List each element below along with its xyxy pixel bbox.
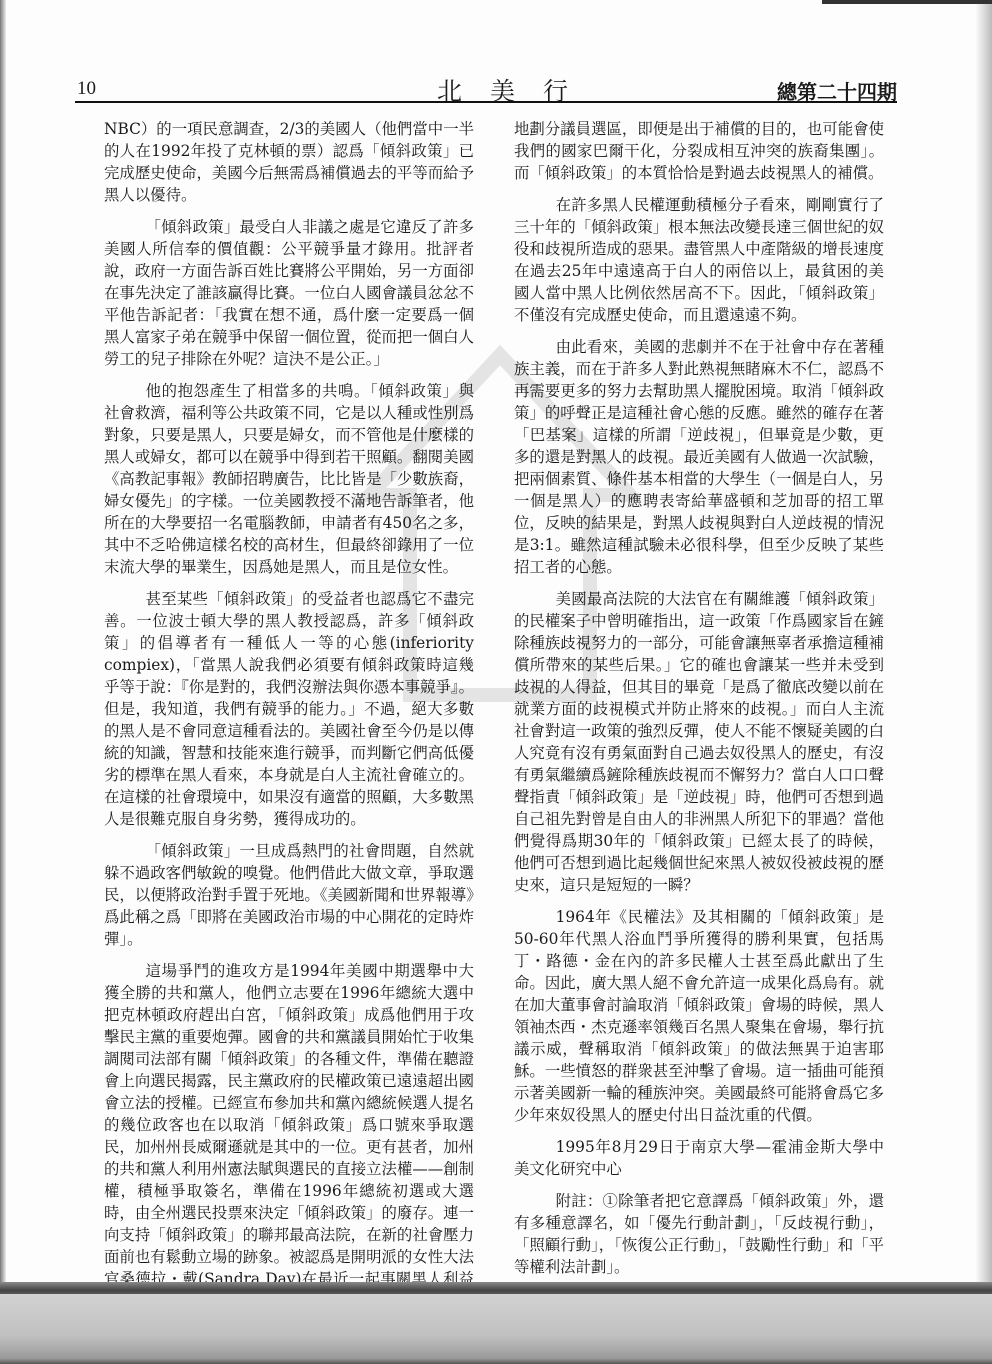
paragraph: 在許多黑人民權運動積極分子看來，剛剛實行了三十年的「傾斜政策」根本無法改變長達三…: [514, 194, 884, 326]
left-column: NBC）的一項民意調查，2/3的美國人（他們當中一半的人在1992年投了克林頓的…: [104, 118, 474, 1344]
footnote: 附註：①除筆者把它意譯爲「傾斜政策」外，還有多種意譯名，如「優先行動計劃」，「反…: [514, 1190, 884, 1278]
paragraph: 美國最高法院的大法官在有關維護「傾斜政策」的民權案子中曾明確指出，這一政策「作爲…: [514, 588, 884, 896]
header-divider: [75, 101, 897, 103]
scan-edge-left: [0, 0, 6, 1290]
scanner-bed: [0, 1294, 992, 1364]
paragraph: 「傾斜政策」最受白人非議之處是它違反了許多美國人所信奉的價值觀：公平競爭量才錄用…: [104, 216, 474, 370]
paragraph: 1964年《民權法》及其相關的「傾斜政策」是50-60年代黑人浴血鬥爭所獲得的勝…: [514, 906, 884, 1126]
paragraph: NBC）的一項民意調查，2/3的美國人（他們當中一半的人在1992年投了克林頓的…: [104, 118, 474, 206]
scan-edge-right: [976, 0, 992, 1290]
right-column: 地劃分議員選區，即便是出于補償的目的，也可能會使我們的國家巴爾干化，分裂成相互沖…: [514, 118, 884, 1288]
paragraph: 他的抱怨產生了相當多的共鳴。「傾斜政策」與社會救濟，福利等公共政策不同，它是以人…: [104, 380, 474, 578]
paragraph: 「傾斜政策」一旦成爲熱門的社會問題，自然就躲不過政客們敏銳的嗅覺。他們借此大做文…: [104, 840, 474, 950]
page-number: 10: [77, 78, 96, 100]
paragraph: 由此看來，美國的悲劇并不在于社會中存在著種族主義，而在于許多人對此熟視無睹麻木不…: [514, 336, 884, 578]
paragraph: 這場爭鬥的進攻方是1994年美國中期選舉中大獲全勝的共和黨人，他們立志要在199…: [104, 960, 474, 1334]
paragraph: 甚至某些「傾斜政策」的受益者也認爲它不盡完善。一位波士頓大學的黑人教授認爲，許多…: [104, 588, 474, 830]
paragraph: 地劃分議員選區，即便是出于補償的目的，也可能會使我們的國家巴爾干化，分裂成相互沖…: [514, 118, 884, 184]
scan-edge-top: [822, 0, 992, 4]
page-header: 10 北美行 總第二十四期: [75, 74, 897, 102]
date-line: 1995年8月29日于南京大學—霍浦金斯大學中美文化研究中心: [514, 1136, 884, 1180]
